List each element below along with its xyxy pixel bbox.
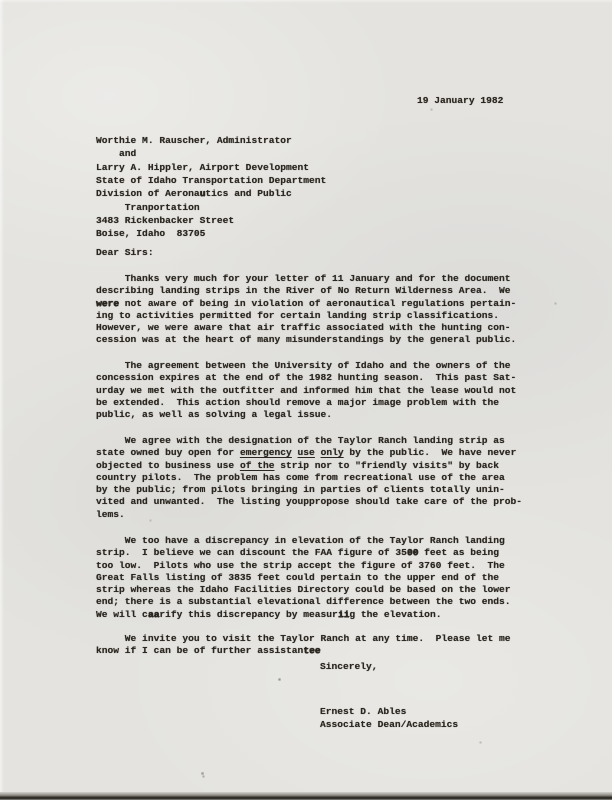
paragraph-5: We invite you to visit the Taylor Ranch …	[96, 633, 511, 658]
line: Great Falls listing of 3835 feet could p…	[96, 572, 511, 584]
line: end; there is a substantial elevational …	[96, 596, 511, 608]
line: by the public; from pilots bringing in p…	[96, 484, 522, 496]
line: Associate Dean/Academics	[320, 719, 458, 732]
overstruck-text: 00	[407, 547, 419, 558]
line: public, as well as solving a legal issue…	[96, 409, 516, 421]
paragraph-4: We too have a discrepancy in elevation o…	[96, 535, 511, 621]
line: were not aware of being in violation of …	[96, 298, 516, 310]
paragraph-2: The agreement between the University of …	[96, 360, 516, 421]
line: too low. Pilots who use the strip accept…	[96, 560, 511, 572]
line: concession expires at the end of the 198…	[96, 372, 516, 384]
line: know if I can be of further assistantee	[96, 645, 511, 657]
line: objected to business use of the strip no…	[96, 460, 522, 472]
line: vited and unwanted. The listing youpprop…	[96, 496, 522, 508]
line: describing landing strips in the River o…	[96, 285, 516, 297]
underlined-text: emergency	[240, 447, 292, 458]
signature-block: Ernest D. AblesAssociate Dean/Academics	[320, 706, 458, 731]
underlined-text: of the	[240, 460, 275, 471]
line: Thanks very much for your letter of 11 J…	[96, 273, 516, 285]
line: We will caarify this discrepancy by meas…	[96, 609, 511, 621]
closing: Sincerely,	[320, 661, 378, 673]
line: lems.	[96, 509, 522, 521]
line: Ernest D. Ables	[320, 706, 458, 719]
overstruck-text: ii	[338, 609, 350, 620]
line: We agree with the designation of the Tay…	[96, 435, 522, 447]
underlined-text: only	[321, 447, 344, 458]
line: be extended. This action should remove a…	[96, 397, 516, 409]
line: ing to activities permitted for certain …	[96, 310, 516, 322]
overstruck-text: aa	[148, 609, 160, 620]
line: state owned buy open for emergency use o…	[96, 447, 522, 459]
letter-body: Thanks very much for your letter of 11 J…	[0, 0, 612, 800]
line: cession was at the heart of many misunde…	[96, 334, 516, 346]
line: We too have a discrepancy in elevation o…	[96, 535, 511, 547]
page-bottom-edge	[0, 792, 612, 800]
line: We invite you to visit the Taylor Ranch …	[96, 633, 511, 645]
line: The agreement between the University of …	[96, 360, 516, 372]
overstruck-text: tee	[303, 645, 320, 656]
line: strip whereas the Idaho Facilities Direc…	[96, 584, 511, 596]
overstruck-text: were	[96, 298, 119, 309]
line: strip. I believe we can discount the FAA…	[96, 547, 511, 559]
underlined-text: use	[298, 447, 315, 458]
paragraph-3: We agree with the designation of the Tay…	[96, 435, 522, 521]
paragraph-1: Thanks very much for your letter of 11 J…	[96, 273, 516, 347]
scanned-letter-page: 19 January 1982 Worthie M. Rauscher, Adm…	[0, 0, 612, 800]
line: urday we met with the outfitter and info…	[96, 385, 516, 397]
line: country pilots. The problem has come fro…	[96, 472, 522, 484]
line: However, we were aware that air traffic …	[96, 322, 516, 334]
